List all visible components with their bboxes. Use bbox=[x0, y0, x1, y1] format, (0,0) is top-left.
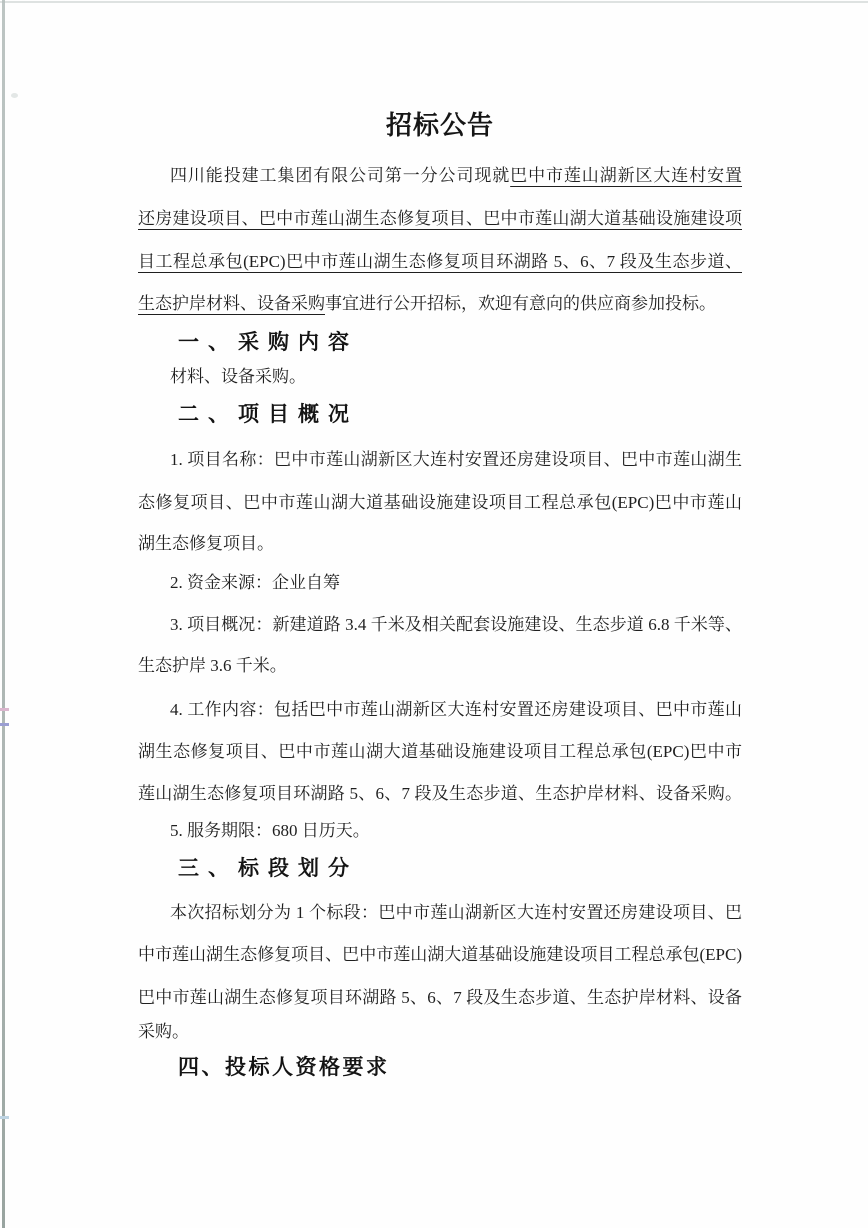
intro-line4-underlined: 生态护岸材料、设备采购 bbox=[138, 294, 325, 313]
intro-line-3: 目工程总承包(EPC)巴中市莲山湖生态修复项目环湖路 5、6、7 段及生态步道、 bbox=[138, 251, 742, 273]
bid-division-line-1: 本次招标划分为 1 个标段：巴中市莲山湖新区大连村安置还房建设项目、巴 bbox=[138, 902, 742, 924]
bid-division-line-4: 采购。 bbox=[138, 1021, 742, 1043]
project-name-line-1: 1. 项目名称：巴中市莲山湖新区大连村安置还房建设项目、巴中市莲山湖生 bbox=[138, 449, 742, 471]
service-period-line: 5. 服务期限：680 日历天。 bbox=[138, 820, 742, 842]
intro-line1-underlined: 巴中市莲山湖新区大连村安置 bbox=[510, 166, 742, 185]
scan-edge-top-line bbox=[0, 1, 868, 3]
project-overview-line-1: 3. 项目概况：新建道路 3.4 千米及相关配套设施建设、生态步道 6.8 千米… bbox=[138, 614, 742, 636]
intro-line3-underlined: 目工程总承包(EPC)巴中市莲山湖生态修复项目环湖路 5、6、7 段及生态步道、 bbox=[138, 252, 742, 271]
funding-source-line: 2. 资金来源：企业自筹 bbox=[138, 572, 742, 594]
intro-line-2: 还房建设项目、巴中市莲山湖生态修复项目、巴中市莲山湖大道基础设施建设项 bbox=[138, 208, 742, 230]
bid-division-line-2: 中市莲山湖生态修复项目、巴中市莲山湖大道基础设施建设项目工程总承包(EPC) bbox=[138, 944, 742, 966]
scan-tick-purple bbox=[0, 723, 9, 726]
project-name-line-3: 湖生态修复项目。 bbox=[138, 533, 742, 555]
section-3-heading: 三、标段划分 bbox=[178, 856, 358, 882]
scan-tick-pink bbox=[0, 708, 9, 711]
intro-line4-rest: 事宜进行公开招标，欢迎有意向的供应商参加投标。 bbox=[325, 294, 716, 313]
intro-line2-underlined: 还房建设项目、巴中市莲山湖生态修复项目、巴中市莲山湖大道基础设施建设项 bbox=[138, 209, 742, 228]
work-content-line-3: 莲山湖生态修复项目环湖路 5、6、7 段及生态步道、生态护岸材料、设备采购。 bbox=[138, 783, 742, 805]
bid-division-line-3: 巴中市莲山湖生态修复项目环湖路 5、6、7 段及生态步道、生态护岸材料、设备 bbox=[138, 987, 742, 1009]
scan-tick-blue bbox=[0, 1116, 9, 1119]
section-4-heading: 四、投标人资格要求 bbox=[178, 1055, 390, 1081]
section-2-heading: 二、项目概况 bbox=[178, 402, 358, 428]
project-overview-line-2: 生态护岸 3.6 千米。 bbox=[138, 655, 742, 677]
page-title: 招标公告 bbox=[138, 110, 742, 140]
intro-line1-prefix: 四川能投建工集团有限公司第一分公司现就 bbox=[170, 166, 510, 185]
intro-line-1: 四川能投建工集团有限公司第一分公司现就巴中市莲山湖新区大连村安置 bbox=[138, 165, 742, 187]
project-name-line-2: 态修复项目、巴中市莲山湖大道基础设施建设项目工程总承包(EPC)巴中市莲山 bbox=[138, 492, 742, 514]
scan-smudge bbox=[11, 93, 18, 98]
section-1-heading: 一、采购内容 bbox=[178, 330, 358, 356]
work-content-line-2: 湖生态修复项目、巴中市莲山湖大道基础设施建设项目工程总承包(EPC)巴中市 bbox=[138, 741, 742, 763]
section-1-body: 材料、设备采购。 bbox=[138, 366, 742, 388]
intro-line-4: 生态护岸材料、设备采购事宜进行公开招标，欢迎有意向的供应商参加投标。 bbox=[138, 293, 742, 315]
scan-edge-left-line bbox=[2, 0, 5, 1228]
document-page: 招标公告 四川能投建工集团有限公司第一分公司现就巴中市莲山湖新区大连村安置 还房… bbox=[0, 0, 868, 1228]
work-content-line-1: 4. 工作内容：包括巴中市莲山湖新区大连村安置还房建设项目、巴中市莲山 bbox=[138, 699, 742, 721]
